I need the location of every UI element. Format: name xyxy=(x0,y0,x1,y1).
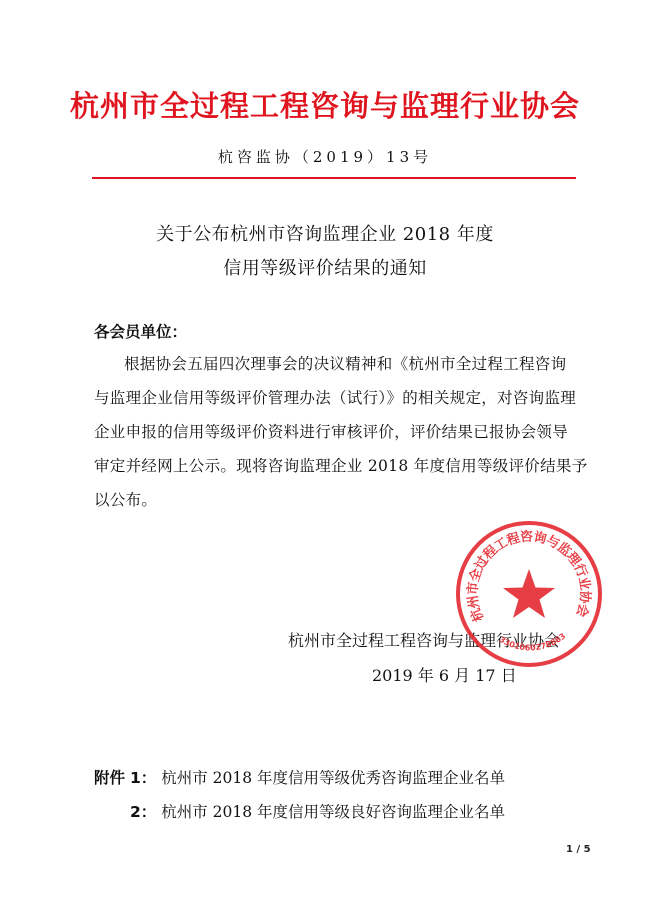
body-line: 以公布。 xyxy=(94,488,157,510)
body-line: 根据协会五届四次理事会的决议精神和《杭州市全过程工程咨询 xyxy=(124,352,566,374)
notice-title-line-1: 关于公布杭州市咨询监理企业 2018 年度 xyxy=(0,220,650,246)
svg-text:3301060278863: 3301060278863 xyxy=(498,631,568,652)
attachment-item-2: 2： 杭州市 2018 年度信用等级良好咨询监理企业名单 xyxy=(130,800,505,822)
attachment-item-1: 附件 1： 杭州市 2018 年度信用等级优秀咨询监理企业名单 xyxy=(94,766,505,788)
letterhead-divider xyxy=(92,177,576,179)
attachment-number: 2： xyxy=(130,803,156,821)
body-line: 与监理企业信用等级评价管理办法（试行）》的相关规定，对咨询监理 xyxy=(94,386,576,408)
attachment-number: 1： xyxy=(130,769,156,787)
org-letterhead: 杭州市全过程工程咨询与监理行业协会 xyxy=(0,84,650,125)
attachment-label: 附件 xyxy=(94,769,125,787)
body-line: 企业申报的信用等级评价资料进行审核评价，评价结果已报协会领导 xyxy=(94,420,568,442)
document-page: 杭州市全过程工程咨询与监理行业协会 杭咨监协（2019）13号 关于公布杭州市咨… xyxy=(0,0,650,919)
attachment-title: 杭州市 2018 年度信用等级良好咨询监理企业名单 xyxy=(161,803,505,821)
red-star-seal-icon: 杭州市全过程工程咨询与监理行业协会 3301060278863 xyxy=(454,519,604,669)
page-indicator: 1 / 5 xyxy=(566,844,591,855)
document-number: 杭咨监协（2019）13号 xyxy=(0,146,650,167)
body-line: 审定并经网上公示。现将咨询监理企业 2018 年度信用等级评价结果予 xyxy=(94,454,588,476)
attachment-title: 杭州市 2018 年度信用等级优秀咨询监理企业名单 xyxy=(161,769,505,787)
salutation: 各会员单位： xyxy=(94,320,187,342)
notice-title-line-2: 信用等级评价结果的通知 xyxy=(0,254,650,280)
